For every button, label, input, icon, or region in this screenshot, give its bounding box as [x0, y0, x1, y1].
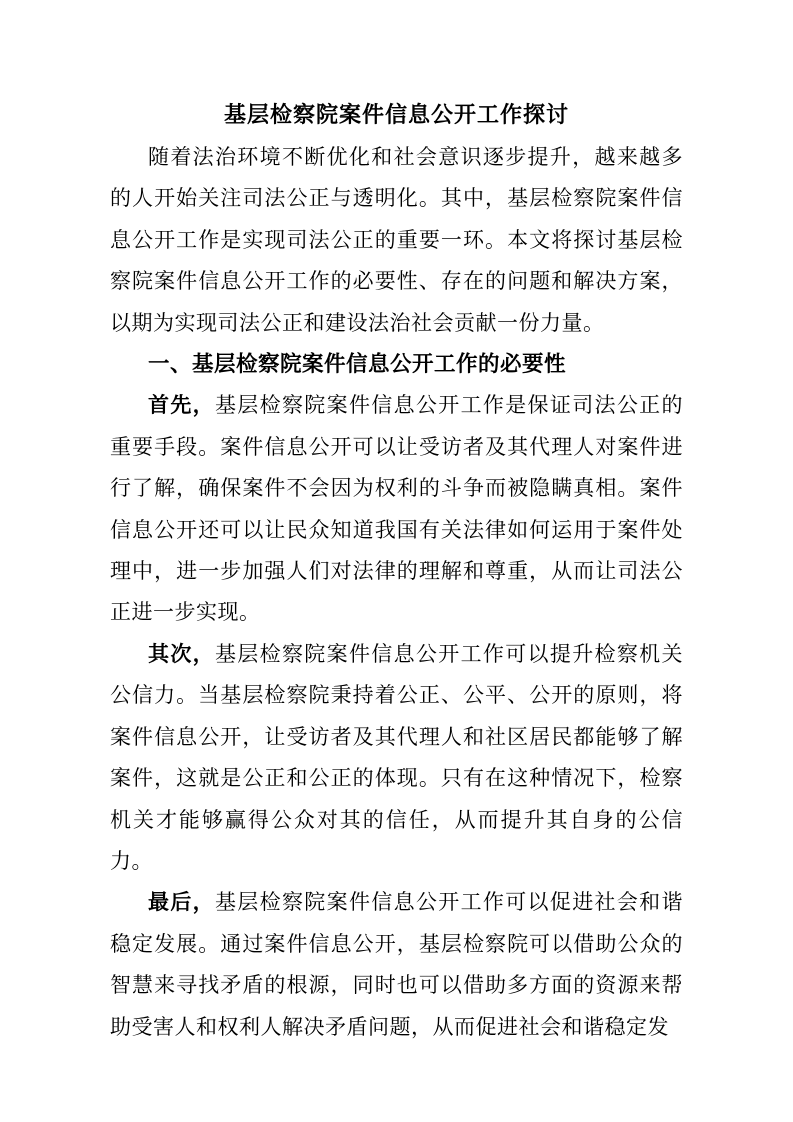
- paragraph-lead: 首先，: [148, 393, 215, 417]
- document-title: 基层检察院案件信息公开工作探讨: [110, 92, 683, 137]
- paragraph-lead: 最后，: [148, 890, 215, 914]
- paragraph-lead: 其次，: [148, 642, 215, 666]
- body-paragraph: 随着法治环境不断优化和社会意识逐步提升，越来越多的人开始关注司法公正与透明化。其…: [110, 137, 683, 344]
- document-body: 随着法治环境不断优化和社会意识逐步提升，越来越多的人开始关注司法公正与透明化。其…: [110, 137, 683, 1048]
- body-paragraph: 其次，基层检察院案件信息公开工作可以提升检察机关公信力。当基层检察院秉持着公正、…: [110, 634, 683, 882]
- document-page: 基层检察院案件信息公开工作探讨 随着法治环境不断优化和社会意识逐步提升，越来越多…: [0, 0, 793, 1122]
- document-content: 基层检察院案件信息公开工作探讨 随着法治环境不断优化和社会意识逐步提升，越来越多…: [110, 92, 683, 1048]
- body-paragraph: 最后，基层检察院案件信息公开工作可以促进社会和谐稳定发展。通过案件信息公开，基层…: [110, 882, 683, 1048]
- body-paragraph: 首先，基层检察院案件信息公开工作是保证司法公正的重要手段。案件信息公开可以让受访…: [110, 385, 683, 633]
- section-heading: 一、基层检察院案件信息公开工作的必要性: [110, 344, 683, 385]
